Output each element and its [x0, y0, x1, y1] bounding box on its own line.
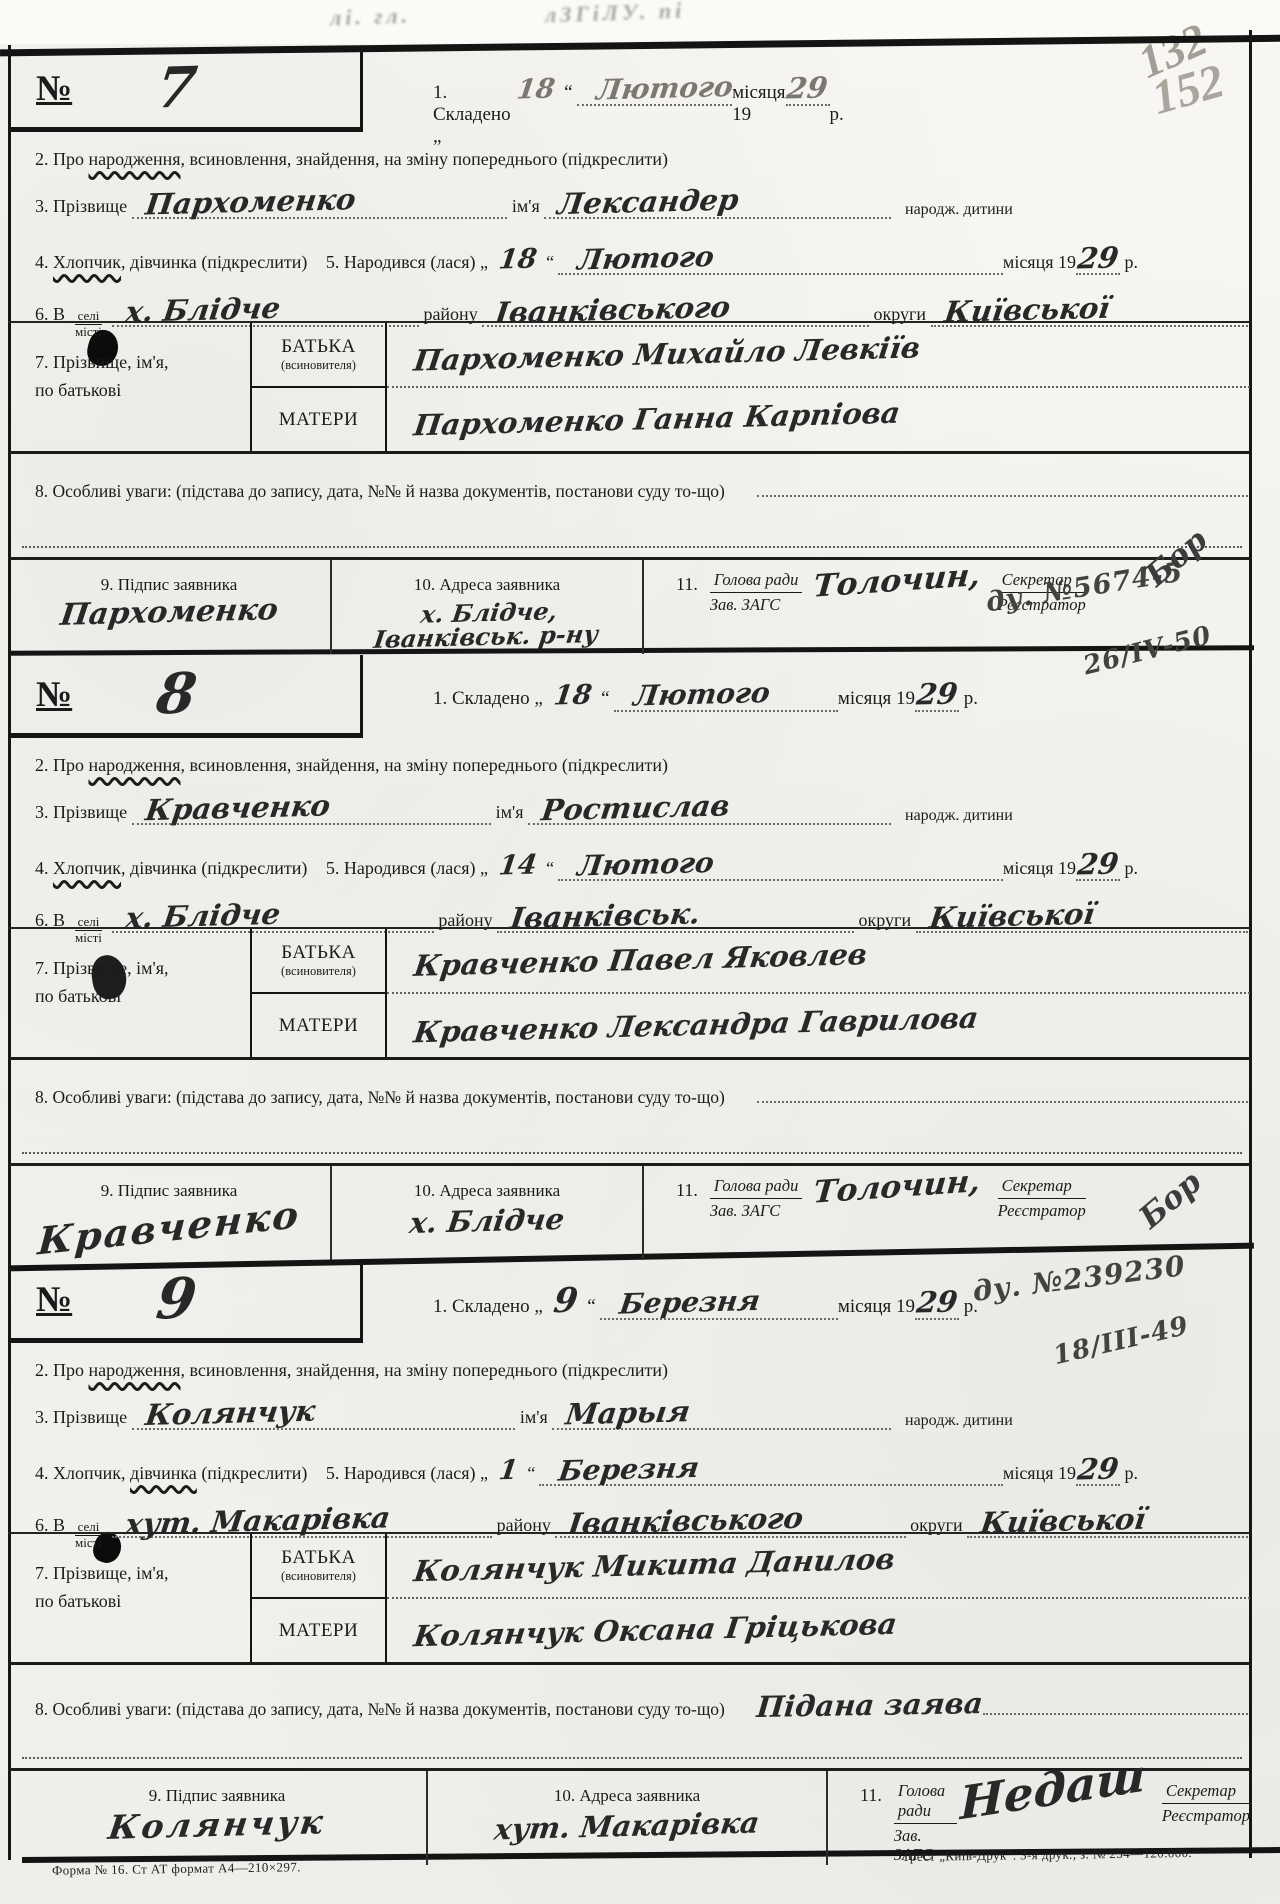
boy-option: Хлопчик — [53, 252, 121, 273]
surname-label: 3. Прізвище — [35, 1407, 132, 1428]
type-prefix: 2. Про — [35, 149, 89, 170]
born-year-field: 29 — [1076, 245, 1120, 275]
year-suffix: р. — [1120, 858, 1138, 879]
quote-mark: “ — [601, 688, 609, 710]
name-field: Ростислав — [528, 795, 891, 825]
mother-label: МАТЕРИ — [279, 1015, 358, 1037]
girl-option: дівчинка — [130, 858, 197, 879]
mother-row: Колянчук Оксана Гріцькова — [387, 1599, 1250, 1662]
mother-header: МАТЕРИ — [252, 388, 385, 451]
adopter-label: (всиновителя) — [281, 358, 356, 373]
secretary-label: Секретар — [1162, 1781, 1250, 1804]
underline-hint: (підкреслити) — [197, 858, 312, 879]
birth-record: № 8 1. Складено „ 18 “ Лютого місяця 19 … — [8, 655, 1280, 1257]
underline-hint: (підкреслити) — [197, 252, 312, 273]
zags-label: Зав. ЗАГС — [710, 1199, 803, 1221]
registrar-label: Реєстратор — [998, 1199, 1086, 1221]
parents-header-box: БАТЬКА(всиновителя) МАТЕРИ — [250, 323, 387, 451]
gender-birthdate-line: 4. Хлопчик, дівчинка (підкреслити) 5. На… — [35, 1456, 1138, 1486]
head-of-council-label: Голова ради — [894, 1781, 957, 1824]
type-underlined-word: народження — [89, 149, 181, 170]
type-prefix: 2. Про — [35, 1360, 89, 1381]
month-year-label: місяця 19 — [1003, 1463, 1076, 1484]
comma: , — [121, 1463, 130, 1484]
born-month-field: Лютого — [558, 246, 1003, 275]
dotted-rule — [22, 1152, 1242, 1154]
born-label: 5. Народився (лася) „ — [326, 1463, 493, 1484]
month-year-label: місяця 19 — [1003, 252, 1076, 273]
parents-label-line1: 7. Прізвище, ім'я, — [35, 1563, 169, 1583]
born-month: Лютого — [556, 850, 715, 879]
quote-mark: “ — [546, 252, 554, 273]
surname-value: Колянчук — [130, 1398, 317, 1429]
composed-label: 1. Складено „ — [433, 1296, 548, 1318]
born-day: 14 — [491, 853, 544, 879]
surname-label: 3. Прізвище — [35, 802, 132, 823]
applicant-signature: Кравченко — [36, 1198, 301, 1259]
dotted-rule — [757, 495, 1248, 497]
born-month-field: Березня — [539, 1457, 1003, 1486]
type-underlined-word: народження — [89, 755, 181, 776]
gender-birthdate-line: 4. Хлопчик, дівчинка (підкреслити) 5. На… — [35, 245, 1138, 275]
form-imprint-left: Форма № 16. Ст АТ формат А4—210×297. — [52, 1859, 301, 1878]
born-year: 29 — [1076, 244, 1120, 271]
father-header: БАТЬКА(всиновителя) — [252, 1534, 385, 1599]
zags-label: Зав. ЗАГС — [710, 593, 803, 615]
mother-name: Пархоменко Ганна Карпіова — [412, 400, 901, 439]
faint-ink-offset-mark: лЗГіЛУ. пі — [545, 0, 686, 28]
type-prefix: 2. Про — [35, 755, 89, 776]
child-birth-note: народж. дитини — [905, 201, 1013, 219]
surname-value: Кравченко — [129, 792, 331, 823]
parents-label-line2: по батькові — [35, 986, 121, 1006]
signatures-section: 9. Підпис заявника Кравченко 10. Адреса … — [8, 1163, 1250, 1260]
quote-mark: “ — [546, 858, 554, 879]
father-name: Пархоменко Михайло Левкіїв — [412, 335, 922, 374]
composed-month-field: Лютого — [614, 682, 838, 712]
father-row: Пархоменко Михайло Левкіїв — [387, 323, 1250, 388]
applicant-address: хут. Макарівка — [493, 1809, 761, 1845]
remarks-line: 8. Особливі уваги: (підстава до запису, … — [35, 481, 1248, 502]
parents-label-line1: 7. Прізвище, ім'я, — [35, 352, 169, 372]
dotted-rule — [22, 546, 1242, 548]
gender-birthdate-line: 4. Хлопчик, дівчинка (підкреслити) 5. На… — [35, 851, 1138, 881]
mother-label: МАТЕРИ — [279, 409, 358, 431]
born-month-field: Лютого — [558, 852, 1003, 881]
composed-line: 1. Складено „ 18 “ Лютого місяця 19 29 р… — [433, 681, 978, 712]
boy-option: Хлопчик — [53, 1463, 121, 1484]
head-of-council-stack: Голова радиЗав. ЗАГС — [710, 570, 803, 615]
registrar-label: Реєстратор — [1162, 1804, 1250, 1826]
remarks-value: Підана заява — [756, 1690, 984, 1720]
comma: , — [121, 252, 130, 273]
surname-field: Колянчук — [132, 1400, 516, 1430]
applicant-address: х. Блідче — [408, 1205, 566, 1238]
name-value: Лександер — [542, 186, 740, 217]
applicant-address-cell: 10. Адреса заявника хут. Макарівка — [428, 1771, 828, 1865]
girl-option: дівчинка — [130, 252, 197, 273]
record-number-value: 9 — [154, 1273, 200, 1324]
underline-hint: (підкреслити) — [197, 1463, 312, 1484]
dotted-rule — [757, 1101, 1248, 1103]
parents-values: Пархоменко Михайло Левкіїв Пархоменко Га… — [387, 323, 1250, 451]
year-suffix: р. — [830, 82, 844, 126]
gender-prefix: 4. — [35, 252, 53, 273]
applicant-address-label: 10. Адреса заявника — [332, 1181, 642, 1201]
applicant-address: х. Блідче, Іванківськ. р-ну — [336, 597, 638, 653]
month-year-label: місяця 19 — [732, 82, 785, 126]
composed-year-field: 29 — [786, 75, 830, 106]
father-label: БАТЬКА — [281, 942, 356, 964]
girl-option: дівчинка — [130, 1463, 197, 1484]
name-label: ім'я — [507, 196, 544, 217]
record-number-box: № 8 — [8, 655, 363, 738]
surname-line: 3. Прізвище Пархоменко ім'я Лександер — [35, 189, 891, 219]
head-signature: Толочин, — [813, 562, 982, 601]
record-type-line: 2. Про народження, всиновлення, знайденн… — [35, 1360, 668, 1381]
applicant-signature-cell: 9. Підпис заявника Пархоменко — [8, 560, 332, 654]
born-month: Лютого — [556, 244, 715, 273]
father-header: БАТЬКА(всиновителя) — [252, 929, 385, 994]
surname-value: Пархоменко — [129, 186, 357, 218]
month-year-label: місяця 19 — [838, 1296, 915, 1318]
composed-year: 29 — [915, 680, 959, 707]
child-birth-note: народж. дитини — [905, 807, 1013, 825]
applicant-signature-label: 9. Підпис заявника — [8, 1786, 426, 1806]
composed-day: 9 — [545, 1286, 585, 1318]
parents-label-line2: по батькові — [35, 1591, 121, 1611]
adopter-label: (всиновителя) — [281, 1569, 356, 1584]
scanned-birth-register-page: лі. гл. лЗГіЛУ. пі 132 152 № 7 1. Складе… — [0, 0, 1280, 1904]
type-underlined-word: народження — [89, 1360, 181, 1381]
mother-row: Кравченко Лександра Гаврилова — [387, 994, 1250, 1057]
born-year-field: 29 — [1076, 1456, 1120, 1486]
composed-month: Лютого — [612, 680, 771, 709]
applicant-signature: Колянчук — [107, 1807, 328, 1842]
mother-name: Кравченко Лександра Гаврилова — [412, 1005, 980, 1046]
record-number-box: № 9 — [8, 1260, 363, 1343]
name-label: ім'я — [491, 802, 528, 823]
father-row: Кравченко Павел Яковлев — [387, 929, 1250, 994]
composed-year: 29 — [786, 74, 830, 101]
applicant-signature-label: 9. Підпис заявника — [8, 575, 330, 595]
composed-year-field: 29 — [915, 1289, 959, 1320]
quote-mark: “ — [564, 82, 572, 104]
composed-month-field: Лютого — [577, 76, 733, 106]
secretary-label: Секретар — [998, 1176, 1086, 1199]
father-name: Кравченко Павел Яковлев — [412, 942, 868, 980]
born-label: 5. Народився (лася) „ — [326, 252, 493, 273]
adopter-label: (всиновителя) — [281, 964, 356, 979]
father-name: Колянчук Микита Данилов — [412, 1546, 896, 1585]
surname-field: Кравченко — [132, 795, 492, 825]
parents-label: 7. Прізвище, ім'я,по батькові — [8, 1534, 250, 1662]
applicant-address-label: 10. Адреса заявника — [332, 575, 642, 595]
remarks-label: 8. Особливі уваги: (підстава до запису, … — [35, 1699, 729, 1720]
mother-name: Колянчук Оксана Гріцькова — [412, 1611, 898, 1650]
parents-values: Колянчук Микита Данилов Колянчук Оксана … — [387, 1534, 1250, 1662]
composed-year-field: 29 — [915, 681, 959, 712]
composed-year: 29 — [915, 1288, 959, 1315]
parents-label: 7. Прізвище, ім'я,по батькові — [8, 929, 250, 1057]
record-type-line: 2. Про народження, всиновлення, знайденн… — [35, 149, 668, 170]
type-rest: , всиновлення, знайдення, на зміну попер… — [181, 755, 669, 776]
composed-day: 18 — [509, 77, 562, 103]
birth-record: № 7 1. Складено „ 18 “ Лютого місяця 19 … — [8, 49, 1280, 651]
remarks-label: 8. Особливі уваги: (підстава до запису, … — [35, 1087, 729, 1108]
composed-line: 1. Складено „ 18 “ Лютого місяця 19 29 р… — [433, 75, 833, 148]
applicant-signature: Пархоменко — [59, 596, 280, 629]
type-rest: , всиновлення, знайдення, на зміну попер… — [181, 1360, 669, 1381]
year-suffix: р. — [1120, 252, 1138, 273]
born-label: 5. Народився (лася) „ — [326, 858, 493, 879]
name-field: Марыя — [552, 1400, 891, 1430]
month-year-label: місяця 19 — [838, 688, 915, 710]
father-label: БАТЬКА — [281, 336, 356, 358]
year-suffix: р. — [959, 688, 978, 710]
father-row: Колянчук Микита Данилов — [387, 1534, 1250, 1599]
record-number-box: № 7 — [8, 49, 363, 132]
parents-section: 7. Прізвище, ім'я,по батькові БАТЬКА(вси… — [8, 1532, 1250, 1665]
composed-month: Березня — [598, 1288, 762, 1317]
surname-label: 3. Прізвище — [35, 196, 132, 217]
applicant-address-cell: 10. Адреса заявника х. Блідче — [332, 1166, 644, 1260]
month-year-label: місяця 19 — [1003, 858, 1076, 879]
head-of-council-label: Голова ради — [710, 1176, 803, 1199]
item-11-label: 11. — [676, 570, 698, 595]
composed-day: 18 — [546, 683, 599, 709]
composed-label: 1. Складено „ — [433, 82, 511, 148]
remarks-label: 8. Особливі уваги: (підстава до запису, … — [35, 481, 729, 502]
born-year: 29 — [1076, 850, 1120, 877]
boy-option: Хлопчик — [53, 858, 121, 879]
dotted-rule — [22, 1757, 1242, 1759]
born-day: 1 — [491, 1459, 525, 1484]
item-11-label: 11. — [860, 1781, 882, 1806]
name-value: Ростислав — [526, 792, 732, 823]
head-signature: Толочин, — [813, 1168, 982, 1207]
year-suffix: р. — [1120, 1463, 1138, 1484]
mother-header: МАТЕРИ — [252, 1599, 385, 1662]
parents-header-box: БАТЬКА(всиновителя) МАТЕРИ — [250, 929, 387, 1057]
born-year-field: 29 — [1076, 851, 1120, 881]
parents-section: 7. Прізвище, ім'я,по батькові БАТЬКА(вси… — [8, 927, 1250, 1060]
number-sign: № — [36, 673, 72, 715]
born-year: 29 — [1076, 1455, 1120, 1482]
parents-label: 7. Прізвище, ім'я,по батькові — [8, 323, 250, 451]
applicant-address-label: 10. Адреса заявника — [428, 1786, 826, 1806]
composed-month: Лютого — [575, 74, 734, 103]
surname-field: Пархоменко — [132, 189, 508, 219]
composed-label: 1. Складено „ — [433, 688, 548, 710]
item-11-label: 11. — [676, 1176, 698, 1201]
name-field: Лександер — [544, 189, 891, 219]
secretary-stack: СекретарРеєстратор — [1162, 1781, 1250, 1826]
gender-prefix: 4. — [35, 1463, 53, 1484]
parents-label-line2: по батькові — [35, 380, 121, 400]
child-birth-note: народж. дитини — [905, 1412, 1013, 1430]
name-value: Марыя — [550, 1398, 692, 1428]
type-rest: , всиновлення, знайдення, на зміну попер… — [181, 149, 669, 170]
applicant-signature-cell: 9. Підпис заявника Колянчук — [8, 1771, 428, 1865]
record-number-value: 8 — [154, 668, 200, 719]
faint-ink-offset-mark: лі. гл. — [330, 3, 412, 32]
head-of-council-stack: Голова радиЗав. ЗАГС — [710, 1176, 803, 1221]
number-sign: № — [36, 67, 72, 109]
composed-line: 1. Складено „ 9 “ Березня місяця 19 29 р… — [433, 1286, 978, 1320]
father-header: БАТЬКА(всиновителя) — [252, 323, 385, 388]
surname-line: 3. Прізвище Колянчук ім'я Марыя — [35, 1400, 891, 1430]
applicant-address-cell: 10. Адреса заявника х. Блідче, Іванківсь… — [332, 560, 644, 654]
parents-label-line1: 7. Прізвище, ім'я, — [35, 958, 169, 978]
composed-month-field: Березня — [600, 1290, 838, 1320]
secretary-stack: СекретарРеєстратор — [998, 1176, 1086, 1221]
father-label: БАТЬКА — [281, 1547, 356, 1569]
remarks-line: 8. Особливі уваги: (підстава до запису, … — [35, 1087, 1248, 1108]
dotted-rule — [983, 1713, 1248, 1715]
mother-header: МАТЕРИ — [252, 994, 385, 1057]
parents-header-box: БАТЬКА(всиновителя) МАТЕРИ — [250, 1534, 387, 1662]
quote-mark: “ — [587, 1296, 595, 1318]
applicant-signature-cell: 9. Підпис заявника Кравченко — [8, 1166, 332, 1260]
remarks-line: 8. Особливі уваги: (підстава до запису, … — [35, 1692, 1248, 1720]
head-signature: Недаш — [959, 1755, 1144, 1825]
mother-row: Пархоменко Ганна Карпіова — [387, 388, 1250, 451]
comma: , — [121, 858, 130, 879]
number-sign: № — [36, 1278, 72, 1320]
record-type-line: 2. Про народження, всиновлення, знайденн… — [35, 755, 668, 776]
quote-mark: “ — [527, 1463, 535, 1484]
record-number-value: 7 — [154, 62, 200, 113]
gender-prefix: 4. — [35, 858, 53, 879]
head-of-council-label: Голова ради — [710, 570, 803, 593]
mother-label: МАТЕРИ — [279, 1620, 358, 1642]
born-day: 18 — [491, 247, 544, 273]
parents-section: 7. Прізвище, ім'я,по батькові БАТЬКА(вси… — [8, 321, 1250, 454]
born-month: Березня — [537, 1455, 701, 1484]
surname-line: 3. Прізвище Кравченко ім'я Ростислав — [35, 795, 891, 825]
name-label: ім'я — [515, 1407, 552, 1428]
parents-values: Кравченко Павел Яковлев Кравченко Лексан… — [387, 929, 1250, 1057]
